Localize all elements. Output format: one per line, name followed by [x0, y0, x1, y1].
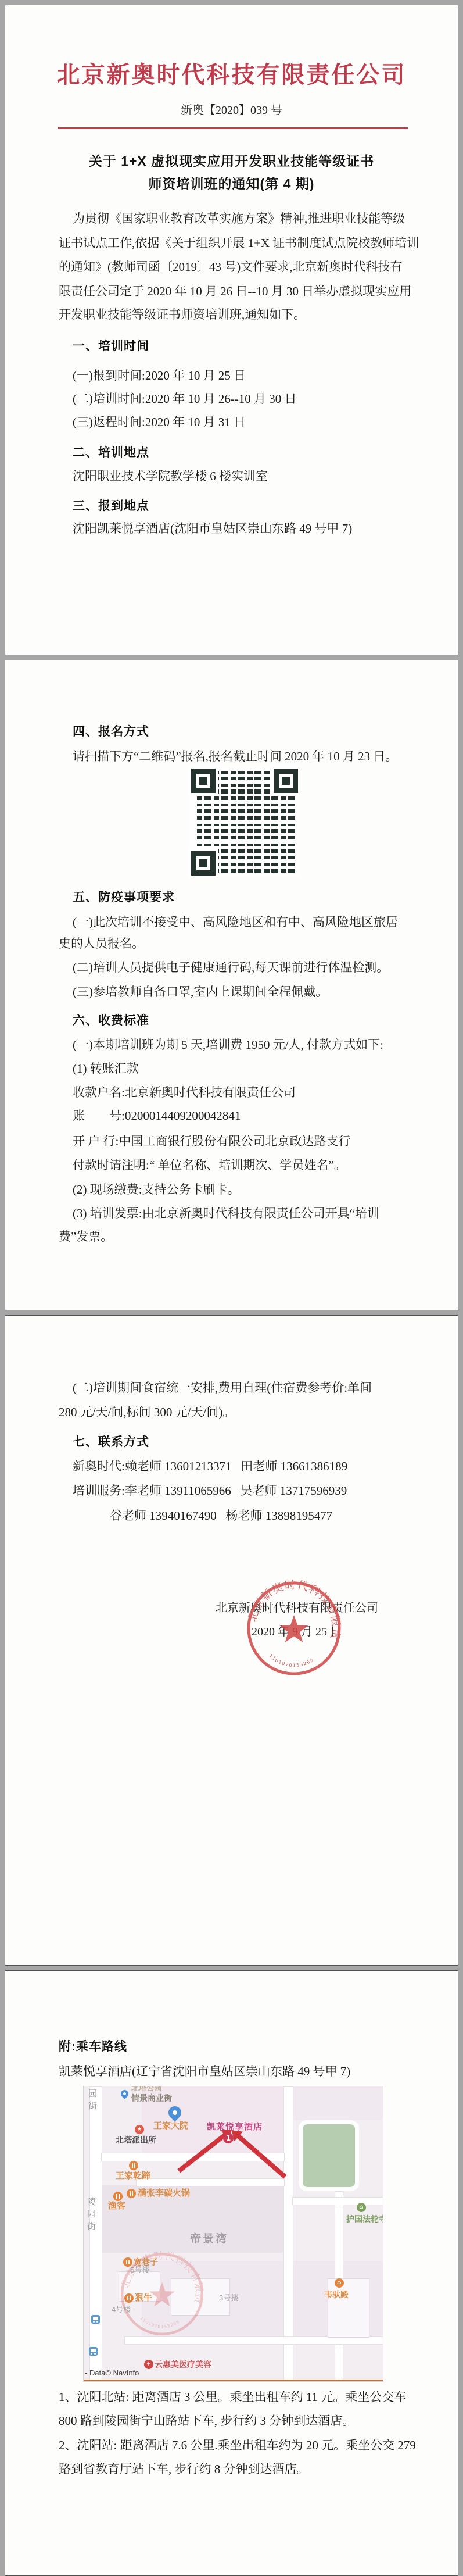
notice-title-line1: 关于 1+X 虚拟现实应用开发职业技能等级证书 — [5, 152, 458, 170]
doc-line: 开发职业技能等级证书师资培训班,通知如下。 — [59, 306, 306, 323]
temple-label: 韦驮殿 — [324, 2290, 349, 2299]
doc-line: 沈阳凯莱悦享酒店(沈阳市皇姑区崇山东路 49 号甲 7) — [59, 520, 352, 537]
map-building — [328, 2278, 369, 2338]
section-heading-3: 三、报到地点 — [59, 498, 149, 515]
doc-line: (二)培训时间:2020 年 10 月 26--10 月 30 日 — [59, 390, 297, 408]
marker-1-icon: 1 — [223, 2133, 234, 2143]
section-heading-1: 一、培训时间 — [59, 338, 149, 355]
company-name: 北京新奥时代科技有限责任公司 — [5, 59, 458, 91]
contact-line: 培训服务:李老师 13911065966 吴老师 13717596939 — [59, 1482, 347, 1499]
doc-line: 限责任公司定于 2020 年 10 月 26 日--10 月 30 日举办虚拟现… — [59, 283, 411, 300]
building-label: 5号楼 — [130, 2266, 149, 2275]
svg-text:1101070153265: 1101070153265 — [139, 2316, 181, 2330]
map-block — [293, 2086, 383, 2120]
route-note: 800 路到陵园街宁山路站下车, 步行约 3 分钟到达酒店。 — [59, 2412, 354, 2429]
park-label: 北塔公园 — [131, 2086, 161, 2093]
map-road — [124, 2336, 383, 2345]
doc-line: (一)报到时间:2020 年 10 月 25 日 — [59, 367, 246, 384]
document-viewer: 北京新奥时代科技有限责任公司 新奥【2020】039 号 关于 1+X 虚拟现实… — [0, 5, 463, 2576]
restaurant-label: 狠牛 — [135, 2293, 152, 2303]
hotel-address-line: 凯莱悦享酒店(辽宁省沈阳市皇姑区崇山东路 49 号甲 7) — [59, 2063, 350, 2080]
doc-line: 沈阳职业技术学院教学楼 6 楼实训室 — [59, 467, 268, 485]
doc-line: (一)此次培训不接受中、高风险地区和有中、高风险地区旅居 — [59, 913, 398, 931]
street-label: 园街 — [87, 2089, 96, 2113]
temple-label: 护国法轮寺 — [346, 2214, 383, 2224]
doc-line: (3) 培训发票:由北京新奥时代科技有限责任公司开具“培训 — [59, 1205, 379, 1222]
section-heading-2: 二、培训地点 — [59, 444, 149, 462]
complex-label: 帝景湾 — [190, 2235, 228, 2244]
doc-line: 史的人员报名。 — [59, 935, 144, 952]
park-green-area — [303, 2124, 355, 2187]
route-map: 北京新奥时代科技有限责任公司 1101070153265 园街 陵园街 北塔公园… — [84, 2086, 383, 2381]
restaurant-icon — [124, 2293, 134, 2303]
doc-line: (2) 现场缴费:支持公务卡刷卡。 — [59, 1181, 240, 1198]
qr-code — [189, 767, 300, 877]
restaurant-label: 王家乾蹄 — [116, 2171, 150, 2181]
doc-line: (三)返程时间:2020 年 10 月 31 日 — [59, 413, 246, 431]
section-heading-6: 六、收费标准 — [59, 1012, 149, 1030]
bus-stop-icon — [91, 2315, 100, 2324]
doc-line: (1) 转账汇款 — [59, 1060, 139, 1077]
restaurant-label: 渔客 — [108, 2202, 125, 2211]
street-label: 陵园街 — [86, 2197, 95, 2234]
qr-finder-icon — [191, 769, 216, 793]
bus-stop-icon — [89, 2347, 98, 2356]
section-heading-5: 五、防疫事项要求 — [59, 889, 175, 906]
company-seal: 北京新奥时代科技有限责任公司 1101070153265 — [245, 1579, 343, 1678]
doc-line: (三)参培教师自备口罩,室内上课期间全程佩戴。 — [59, 983, 328, 1001]
map-attribution: - Data© NavInfo — [85, 2368, 139, 2378]
restaurant-icon — [113, 2192, 123, 2201]
doc-line: 请扫描下方“二维码”报名,报名截止时间 2020 年 10 月 23 日。 — [59, 748, 397, 765]
notice-title-line2: 师资培训班的通知(第 4 期) — [5, 174, 458, 193]
seal-star-icon — [279, 1615, 308, 1642]
shopping-street-label: 情景商业街 — [131, 2093, 172, 2103]
page-1: 北京新奥时代科技有限责任公司 新奥【2020】039 号 关于 1+X 虚拟现实… — [5, 5, 458, 655]
route-note: 2、沈阳站: 距离酒店 7.6 公里.乘坐出租车约为 20 元。乘坐公交 279 — [59, 2436, 416, 2454]
page-4: 附:乘车路线 凯莱悦享酒店(辽宁省沈阳市皇姑区崇山东路 49 号甲 7) — [5, 1970, 458, 2576]
map-pin-icon — [119, 2088, 130, 2099]
temple-icon: ⌂ — [357, 2203, 366, 2212]
map-road — [292, 2197, 383, 2205]
restaurant-icon — [127, 2189, 136, 2198]
restaurant-icon — [129, 2161, 138, 2170]
doc-line: (二)培训期间食宿统一安排,费用自理(住宿费参考价:单间 — [59, 1379, 372, 1396]
svg-text:1101070153265: 1101070153265 — [268, 1653, 315, 1668]
doc-number: 新奥【2020】039 号 — [5, 102, 458, 119]
police-label: 北塔派出所 — [116, 2135, 156, 2145]
doc-line: 280 元/天/间,标间 300 元/天/间)。 — [59, 1403, 235, 1421]
account-number-line: 账 号:0200014409200042841 — [59, 1107, 241, 1124]
seal-number: 1101070153265 — [268, 1653, 315, 1668]
bank-line: 开 户 行:中国工商银行股份有限公司北京政达路支行 — [59, 1132, 350, 1150]
route-note: 1、沈阳北站: 距离酒店 3 公里。乘坐出租车约 11 元。乘坐公交车 — [59, 2388, 406, 2406]
qr-finder-icon — [274, 769, 298, 793]
page-3: (二)培训期间食宿统一安排,费用自理(住宿费参考价:单间 280 元/天/间,标… — [5, 1315, 458, 1966]
contact-line: 谷老师 13940167490 杨老师 13898195477 — [110, 1507, 332, 1524]
payee-name-line: 收款户名:北京新奥时代科技有限责任公司 — [59, 1084, 296, 1101]
medical-cross-icon: + — [144, 2360, 153, 2369]
map-road — [136, 2178, 285, 2186]
building-label: 4号楼 — [112, 2305, 131, 2314]
restaurant-label: 满张李碳火锅 — [138, 2189, 190, 2198]
appendix-heading: 附:乘车路线 — [59, 2038, 127, 2056]
police-star-icon: ★ — [135, 2125, 144, 2134]
red-divider — [58, 127, 408, 129]
doc-line: (二)培训人员提供电子健康通行码,每天课前进行体温检测。 — [59, 959, 389, 976]
doc-line: 费”发票。 — [59, 1228, 113, 1245]
route-note: 路到省教育厅站下车, 步行约 8 分钟到达酒店。 — [59, 2460, 309, 2478]
contact-line: 新奥时代:赖老师 13601213371 田老师 13661386189 — [59, 1457, 347, 1475]
medical-label: 云惠美医疗美容 — [155, 2360, 211, 2369]
section-heading-4: 四、报名方式 — [59, 723, 149, 741]
building-label: 3号楼 — [219, 2293, 238, 2303]
doc-line: (一)本期培训班为期 5 天,培训费 1950 元/人, 付款方式如下: — [59, 1036, 383, 1053]
page-2: 四、报名方式 请扫描下方“二维码”报名,报名截止时间 2020 年 10 月 2… — [5, 660, 458, 1310]
qr-finder-icon — [191, 851, 216, 876]
doc-line: 的通知》(教师司函〔2019〕43 号)文件要求,北京新奥时代科技有 — [59, 258, 402, 276]
doc-line: 证书试点工作,依据《关于组织开展 1+X 证书制度试点院校教师培训 — [59, 234, 419, 252]
map-road — [89, 2086, 102, 2381]
section-heading-7: 七、联系方式 — [59, 1434, 149, 1451]
doc-line: 付款时请注明:“ 单位名称、培训期次、学员姓名”。 — [59, 1156, 346, 1174]
courtyard-label: 王家大院 — [153, 2121, 188, 2131]
doc-line: 为贯彻《国家职业教育改革实施方案》精神,推进职业技能等级 — [59, 210, 405, 227]
temple-icon: ⌂ — [335, 2278, 344, 2288]
